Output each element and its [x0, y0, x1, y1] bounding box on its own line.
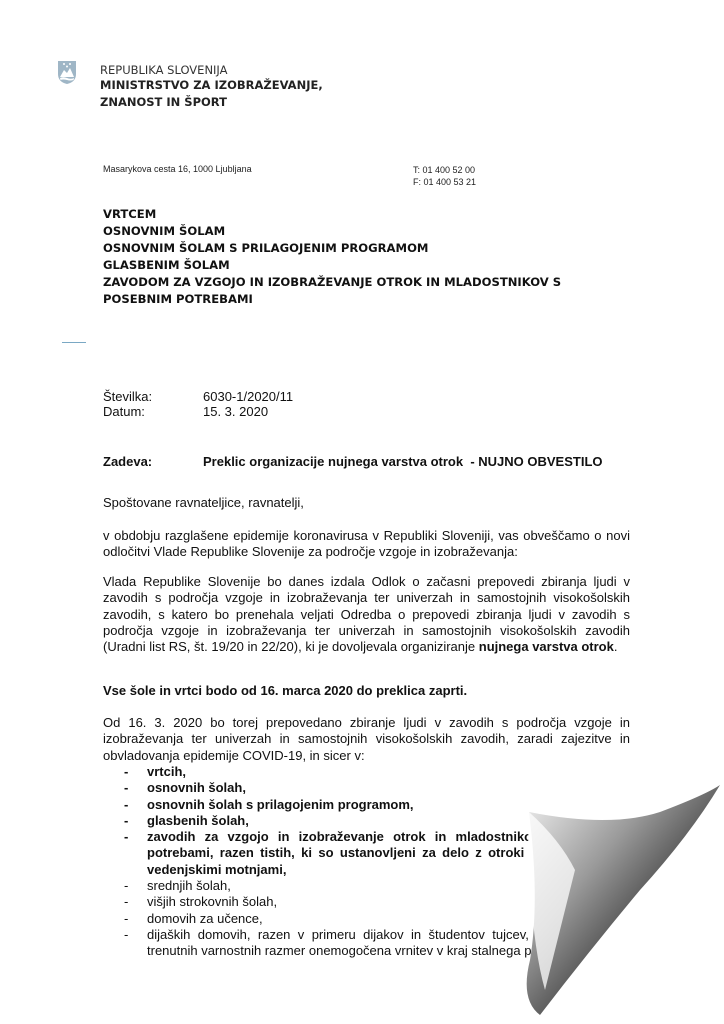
subject-label: Zadeva: — [103, 454, 203, 469]
list-item: zavodih za vzgojo in izobraževanje otrok… — [103, 829, 630, 878]
list-item: domovih za učence, — [103, 911, 630, 927]
paragraph-intro: v obdobju razglašene epidemije koronavir… — [103, 528, 630, 561]
recipient: VRTCEM — [103, 206, 561, 223]
subject-value: Preklic organizacije nujnega varstva otr… — [203, 454, 603, 469]
number-value: 6030-1/2020/11 — [203, 389, 293, 404]
recipient: GLASBENIM ŠOLAM — [103, 257, 561, 274]
subject-line: Zadeva:Preklic organizacije nujnega vars… — [103, 454, 603, 469]
list-item: srednjih šolah, — [103, 878, 630, 894]
list-item: osnovnih šolah, — [103, 780, 630, 796]
recipient: ZAVODOM ZA VZGOJO IN IZOBRAŽEVANJE OTROK… — [103, 274, 561, 291]
date-value: 15. 3. 2020 — [203, 404, 268, 419]
contact-block: T: 01 400 52 00 F: 01 400 53 21 — [413, 164, 476, 188]
number-label: Številka: — [103, 389, 203, 404]
letterhead-ministry-cont: ZNANOST IN ŠPORT — [100, 94, 227, 111]
paragraph-prohibition: Od 16. 3. 2020 bo torej prepovedano zbir… — [103, 715, 630, 764]
paragraph-decree: Vlada Republike Slovenije bo danes izdal… — [103, 574, 630, 655]
recipients: VRTCEM OSNOVNIM ŠOLAM OSNOVNIM ŠOLAM S P… — [103, 206, 561, 308]
paragraph-decree-bold: nujnega varstva otrok — [479, 639, 614, 654]
divider — [62, 342, 86, 343]
list-item: glasbenih šolah, — [103, 813, 630, 829]
paragraph-closure: Vse šole in vrtci bodo od 16. marca 2020… — [103, 683, 630, 699]
list-item: vrtcih, — [103, 764, 630, 780]
phone: T: 01 400 52 00 — [413, 164, 476, 176]
list-item: osnovnih šolah s prilagojenim programom, — [103, 797, 630, 813]
list-item: višjih strokovnih šolah, — [103, 894, 630, 910]
slovenia-coat-of-arms-icon — [57, 60, 77, 85]
paragraph-decree-end: . — [614, 639, 618, 654]
recipient: POSEBNIM POTREBAMI — [103, 291, 561, 308]
address: Masarykova cesta 16, 1000 Ljubljana — [103, 164, 252, 174]
list-item: dijaških domovih, razen v primeru dijako… — [103, 927, 630, 960]
institution-list: vrtcih,osnovnih šolah,osnovnih šolah s p… — [103, 764, 630, 960]
document-meta: Številka:6030-1/2020/11 Datum:15. 3. 202… — [103, 389, 293, 419]
recipient: OSNOVNIM ŠOLAM S PRILAGOJENIM PROGRAMOM — [103, 240, 561, 257]
fax: F: 01 400 53 21 — [413, 176, 476, 188]
letterhead-ministry: MINISTRSTVO ZA IZOBRAŽEVANJE, — [100, 77, 323, 94]
date-label: Datum: — [103, 404, 203, 419]
greeting: Spoštovane ravnateljice, ravnatelji, — [103, 495, 630, 511]
recipient: OSNOVNIM ŠOLAM — [103, 223, 561, 240]
